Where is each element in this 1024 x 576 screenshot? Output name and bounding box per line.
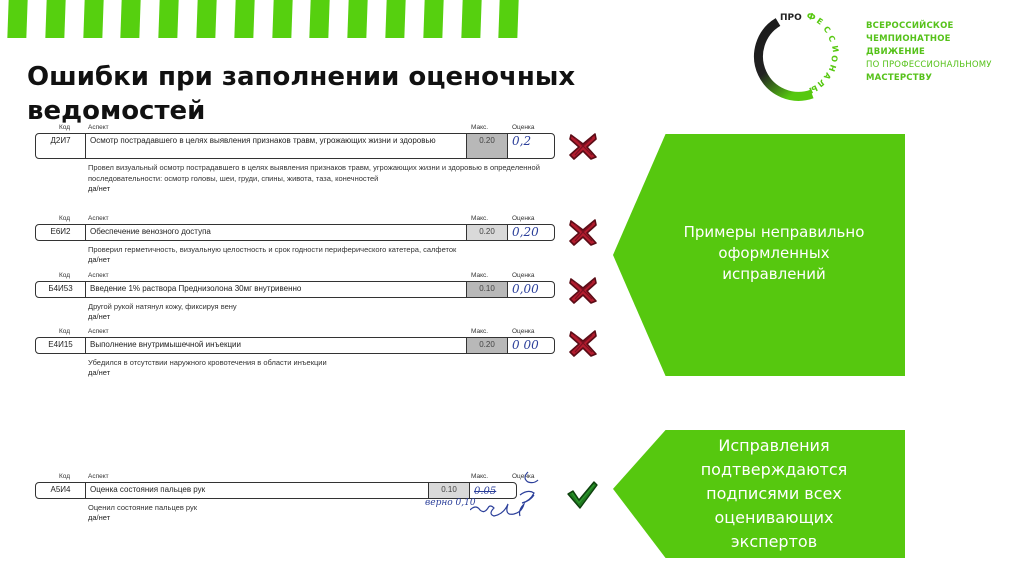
cross-icon	[566, 273, 600, 307]
yes-no-label: да/нет	[88, 255, 555, 265]
form-row-3: Код Аспект Макс. Оценка Б4И53 Введение 1…	[35, 272, 555, 322]
header-stripes	[0, 0, 720, 38]
header-aspect: Аспект	[88, 272, 109, 279]
header-max: Макс.	[471, 328, 488, 335]
stripe	[196, 0, 216, 38]
logo-ring-icon: ПРО Ф Е С С И О Н А Л Ы	[750, 4, 850, 104]
stripe	[159, 0, 179, 38]
header-score: Оценка	[512, 272, 535, 279]
form-row-1: Код Аспект Макс. Оценка Д2И7 Осмотр пост…	[35, 124, 555, 194]
stripe	[83, 0, 103, 38]
svg-text:ПРО: ПРО	[780, 13, 802, 23]
header-code: Код	[59, 124, 70, 131]
form-row-2: Код Аспект Макс. Оценка Е6И2 Обеспечение…	[35, 215, 555, 265]
callout-incorrect-examples: Примеры неправильно оформленных исправле…	[613, 134, 905, 376]
signature-scribble-icon	[470, 470, 550, 530]
svg-text:Н: Н	[827, 63, 838, 72]
criterion-aspect: Осмотр пострадавшего в целях выявления п…	[86, 134, 466, 158]
criterion-code: Д2И7	[36, 134, 86, 158]
handwritten-score: 0,20	[508, 225, 554, 240]
criterion-aspect: Выполнение внутримышечной инъекции	[86, 338, 466, 353]
cross-icon	[566, 129, 600, 163]
yes-no-label: да/нет	[88, 184, 555, 194]
stripe	[461, 0, 481, 38]
header-score: Оценка	[512, 124, 535, 131]
logo-text: ВСЕРОССИЙСКОЕ ЧЕМПИОНАТНОЕ ДВИЖЕНИЕ ПО П…	[866, 20, 992, 85]
callout-corrections-signed: Исправления подтверждаются подписями все…	[613, 430, 905, 558]
criterion-description: Проверил герметичность, визуальную целос…	[88, 244, 555, 255]
page-title: Ошибки при заполнении оценочных ведомост…	[27, 60, 727, 126]
logo-line: ЧЕМПИОНАТНОЕ	[866, 33, 992, 46]
header-max: Макс.	[471, 215, 488, 222]
cross-icon	[566, 326, 600, 360]
form-headers: Код Аспект Макс. Оценка	[35, 124, 555, 133]
criterion-row: Е4И15 Выполнение внутримышечной инъекции…	[35, 337, 555, 354]
header-code: Код	[59, 215, 70, 222]
criterion-row: Б4И53 Введение 1% раствора Преднизолона …	[35, 281, 555, 298]
stripe	[385, 0, 405, 38]
callout-text: Исправления подтверждаются подписями все…	[701, 434, 848, 554]
svg-text:О: О	[829, 55, 839, 63]
criterion-aspect: Обеспечение венозного доступа	[86, 225, 466, 240]
check-icon	[565, 478, 599, 512]
svg-text:И: И	[830, 45, 840, 53]
handwritten-score: 0 00	[508, 338, 554, 353]
slide: ПРО Ф Е С С И О Н А Л Ы ВСЕРОССИЙСКОЕ ЧЕ…	[0, 0, 1024, 576]
correction-note: верно 0,10	[425, 497, 476, 509]
criterion-row: Е6И2 Обеспечение венозного доступа 0.20 …	[35, 224, 555, 241]
stripe	[121, 0, 141, 38]
criterion-aspect: Введение 1% раствора Преднизолона 30мг в…	[86, 282, 466, 297]
header-aspect: Аспект	[88, 215, 109, 222]
form-headers: Код Аспект Макс. Оценка	[35, 272, 555, 281]
logo-line: ВСЕРОССИЙСКОЕ	[866, 20, 992, 33]
header-max: Макс.	[471, 272, 488, 279]
handwritten-score: 0,2	[508, 134, 554, 158]
form-headers: Код Аспект Макс. Оценка	[35, 215, 555, 224]
criterion-max: 0.20	[466, 134, 508, 158]
yes-no-label: да/нет	[88, 312, 555, 322]
stripe	[234, 0, 254, 38]
header-aspect: Аспект	[88, 328, 109, 335]
criterion-max: 0.10	[466, 282, 508, 297]
logo: ПРО Ф Е С С И О Н А Л Ы ВСЕРОССИЙСКОЕ ЧЕ…	[750, 4, 1020, 104]
criterion-code: Е6И2	[36, 225, 86, 240]
svg-text:С: С	[826, 34, 837, 43]
header-aspect: Аспект	[88, 473, 109, 480]
header-code: Код	[59, 272, 70, 279]
header-aspect: Аспект	[88, 124, 109, 131]
criterion-max: 0.10	[428, 483, 470, 498]
criterion-code: Б4И53	[36, 282, 86, 297]
criterion-description: Убедился в отсутствии наружного кровотеч…	[88, 357, 555, 368]
criterion-aspect: Оценка состояния пальцев рук	[86, 483, 428, 498]
criterion-code: Е4И15	[36, 338, 86, 353]
logo-line: МАСТЕРСТВУ	[866, 72, 992, 85]
stripe	[310, 0, 330, 38]
logo-line: ПО ПРОФЕССИОНАЛЬНОМУ	[866, 59, 992, 72]
criterion-description: Другой рукой натянул кожу, фиксируя вену	[88, 301, 555, 312]
stripe	[423, 0, 443, 38]
svg-text:Е: Е	[815, 16, 825, 27]
stripe	[45, 0, 65, 38]
header-score: Оценка	[512, 328, 535, 335]
header-code: Код	[59, 473, 70, 480]
criterion-row: Д2И7 Осмотр пострадавшего в целях выявле…	[35, 133, 555, 159]
header-code: Код	[59, 328, 70, 335]
stripe	[7, 0, 27, 38]
criterion-description: Провел визуальный осмотр пострадавшего в…	[88, 162, 555, 184]
logo-line: ДВИЖЕНИЕ	[866, 46, 992, 59]
stripe	[499, 0, 519, 38]
criterion-max: 0.20	[466, 225, 508, 240]
callout-text: Примеры неправильно оформленных исправле…	[684, 222, 865, 285]
stripe	[348, 0, 368, 38]
form-headers: Код Аспект Макс. Оценка	[35, 328, 555, 337]
yes-no-label: да/нет	[88, 368, 555, 378]
handwritten-score: 0,00	[508, 282, 554, 297]
header-score: Оценка	[512, 215, 535, 222]
criterion-code: А5И4	[36, 483, 86, 498]
svg-text:С: С	[821, 25, 832, 35]
stripe	[272, 0, 292, 38]
form-row-4: Код Аспект Макс. Оценка Е4И15 Выполнение…	[35, 328, 555, 378]
header-max: Макс.	[471, 124, 488, 131]
cross-icon	[566, 215, 600, 249]
criterion-max: 0.20	[466, 338, 508, 353]
